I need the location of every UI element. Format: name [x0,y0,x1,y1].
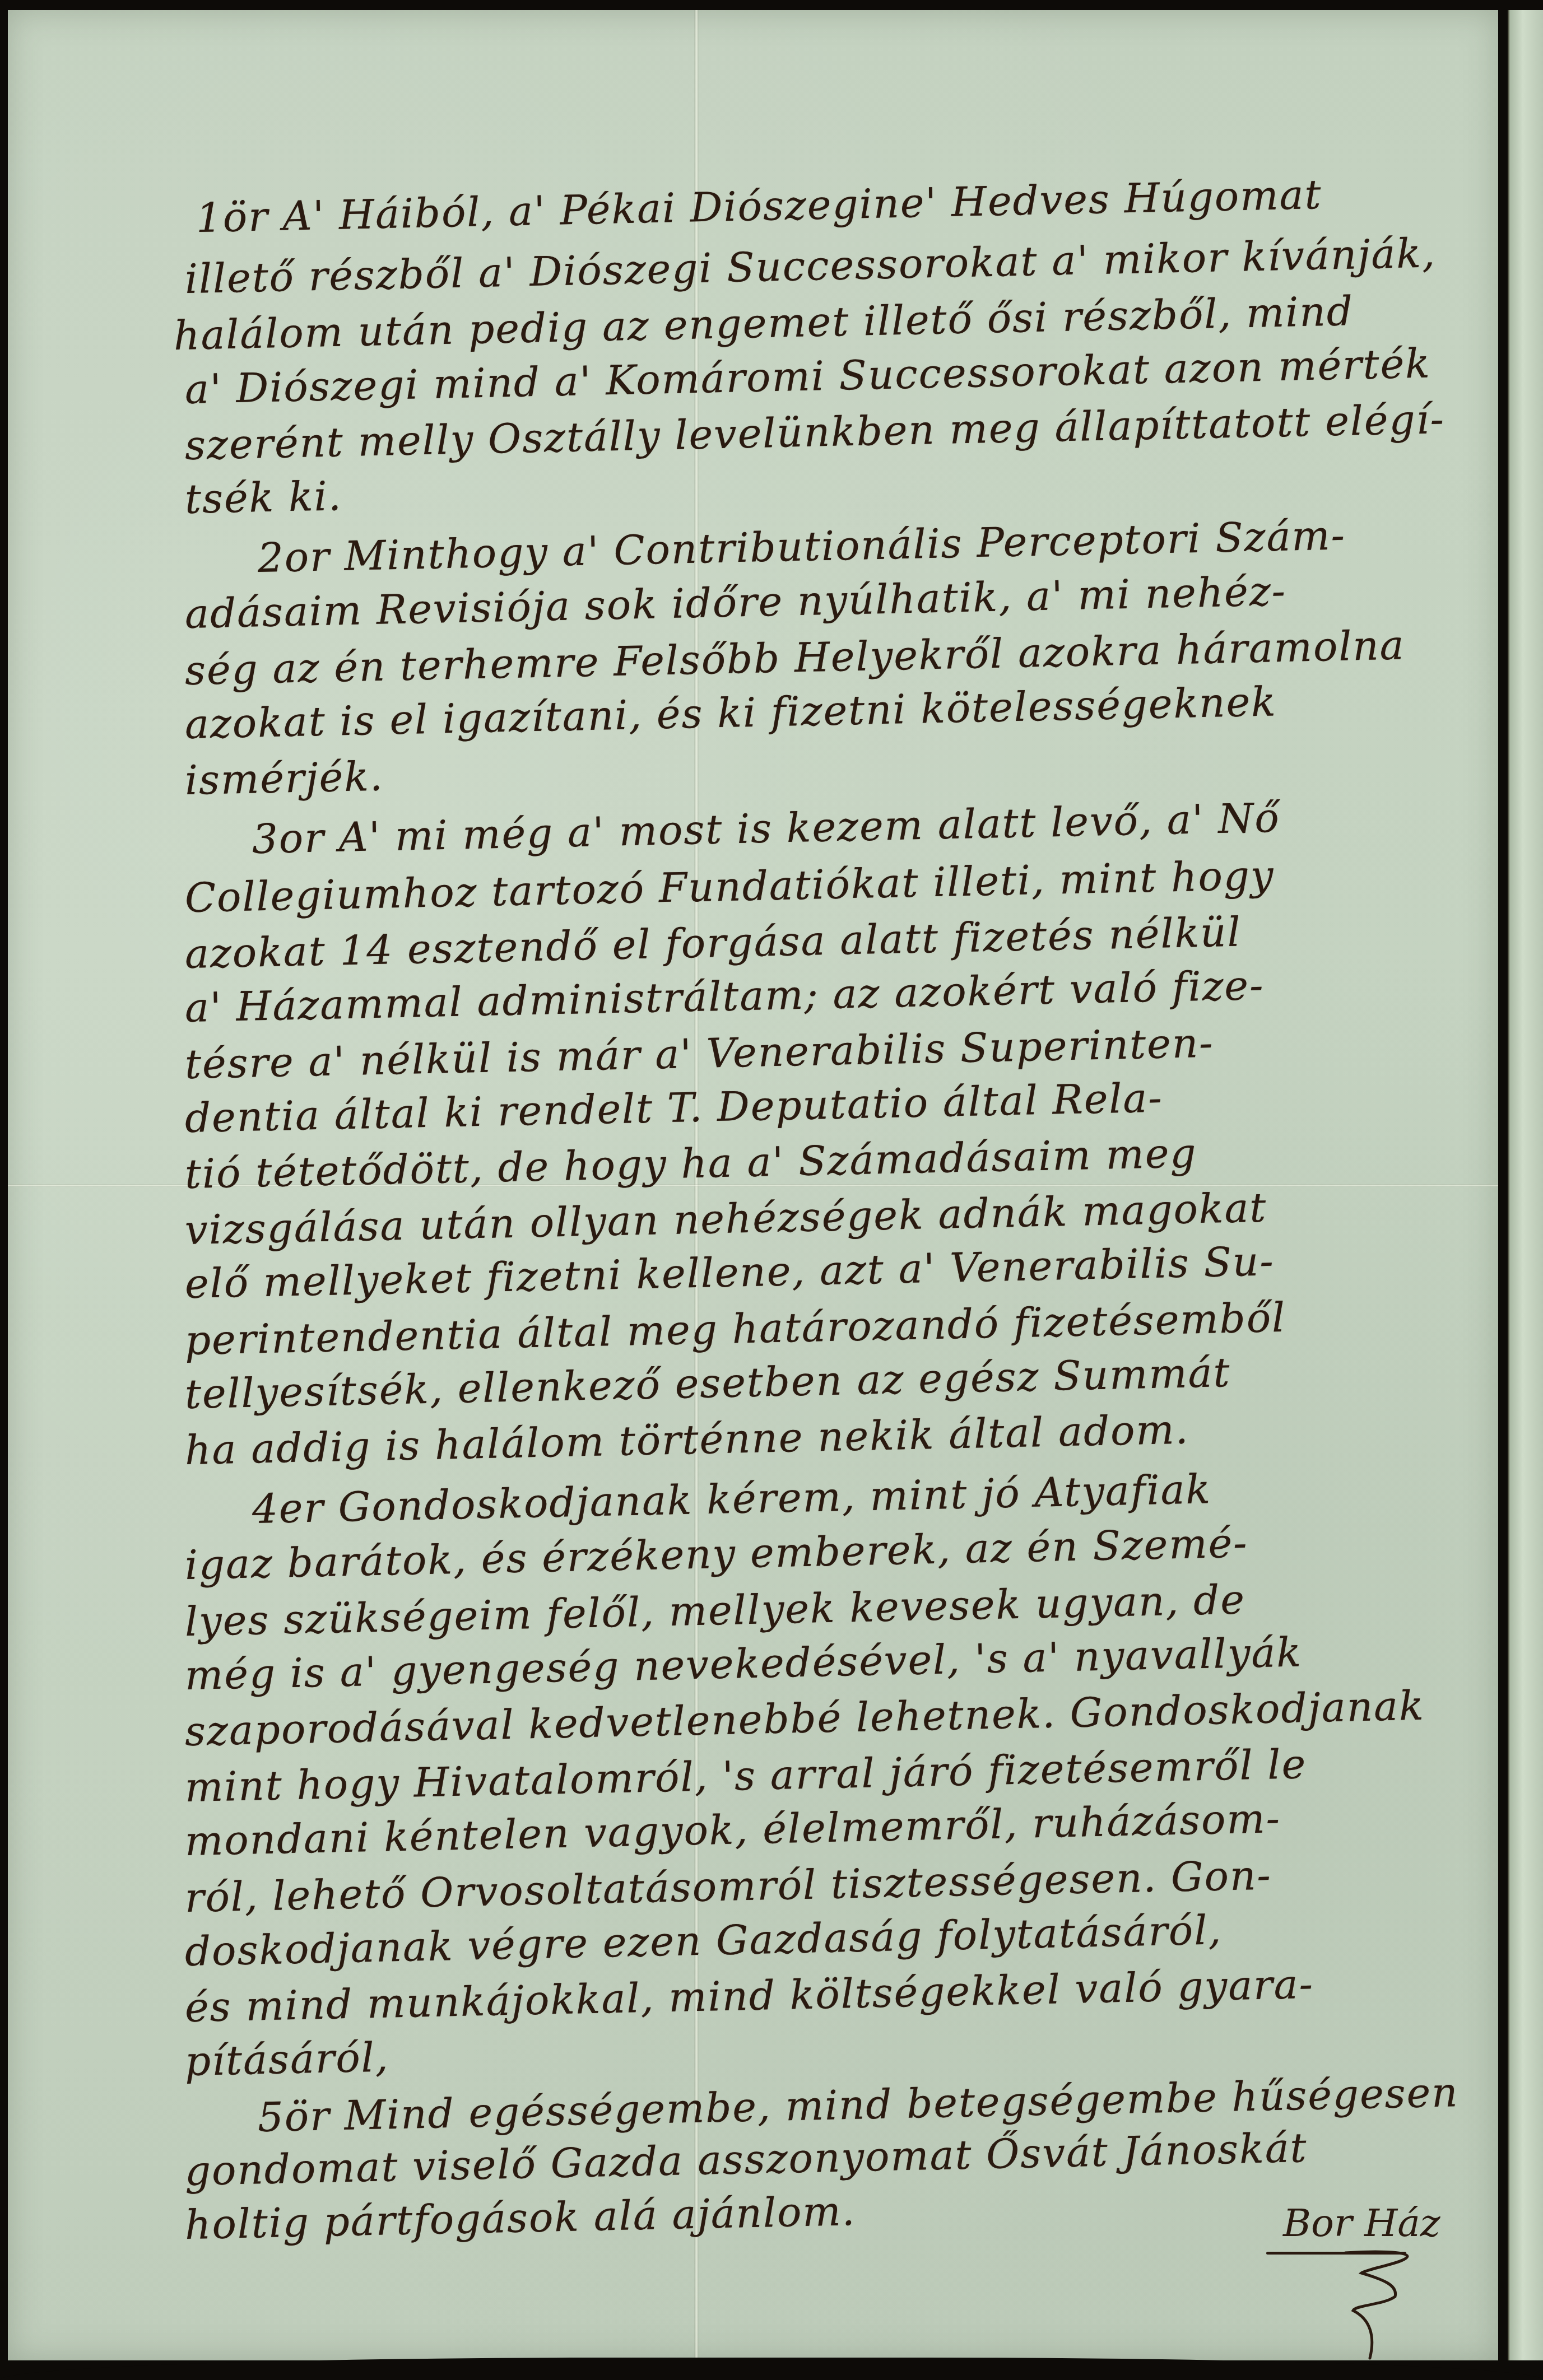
adjacent-page-edge [1508,10,1543,2360]
manuscript-line: tsék ki. [184,472,342,523]
signature: Bor Ház [1283,2201,1440,2246]
manuscript-line: pításáról, [184,2033,389,2085]
manuscript-line: ismérjék. [184,753,384,804]
paraph-flourish-icon [1345,2246,1412,2369]
scan-bottom-shadow [0,2358,1543,2380]
